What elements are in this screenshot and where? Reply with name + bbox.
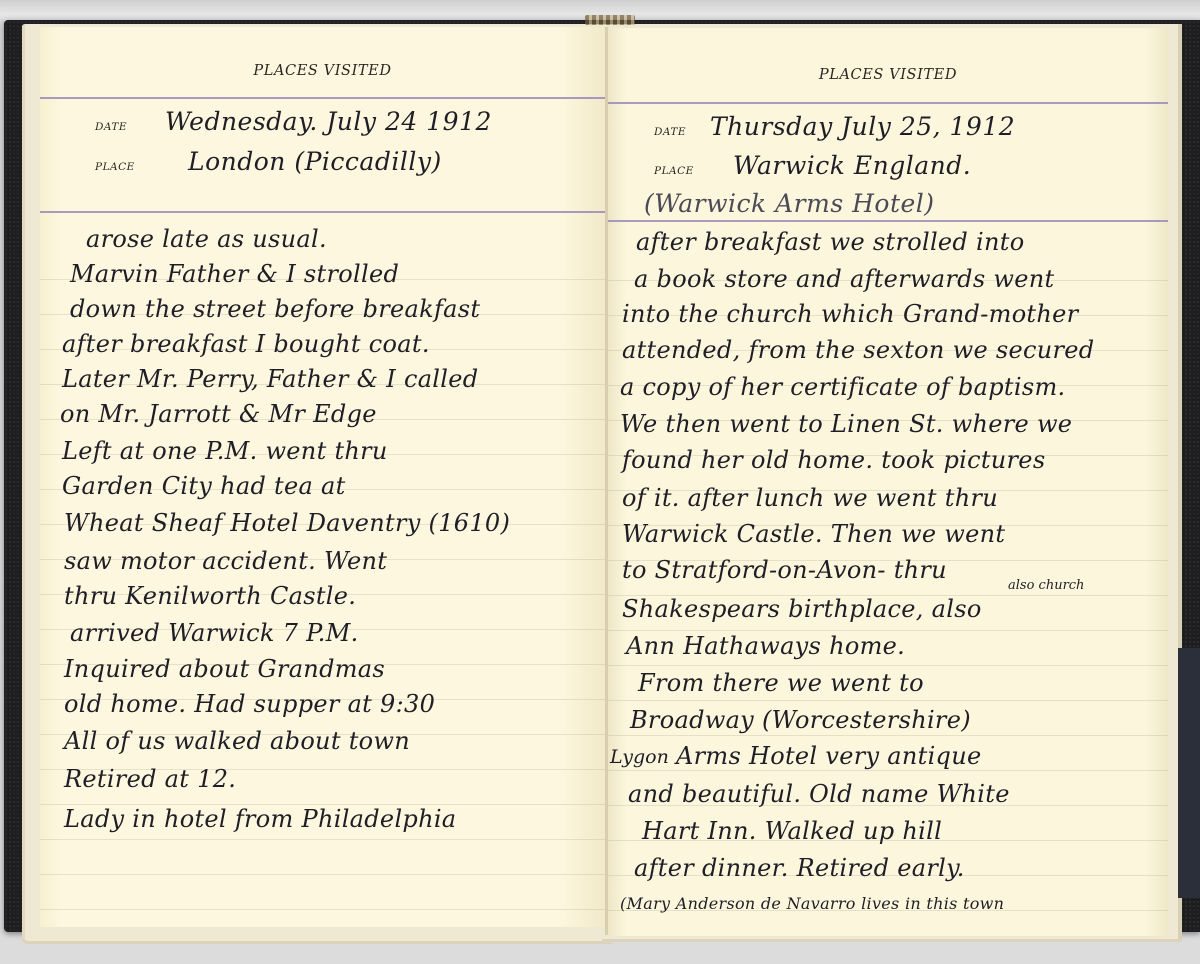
entry-line: a copy of her certificate of baptism. [620,373,1065,401]
place-value: London (Piccadilly) [188,147,442,176]
date-value: Thursday July 25, 1912 [710,112,1015,141]
entry-line: Marvin Father & I strolled [70,260,399,288]
place-subvalue: (Warwick Arms Hotel) [644,189,935,218]
place-label: PLACE [654,165,694,177]
entry-line: saw motor accident. Went [64,547,387,575]
page-heading: PLACES VISITED [608,67,1168,83]
entry-line: Inquired about Grandmas [64,655,385,683]
page-heading: PLACES VISITED [40,63,605,79]
left-page: PLACES VISITED DATE Wednesday. July 24 1… [40,27,605,927]
entry-line: Arms Hotel very antique [676,742,981,770]
entry-line: Ann Hathaways home. [626,632,905,660]
date-label: DATE [95,121,127,133]
entry-line: into the church which Grand-mother [622,300,1078,328]
entry-line: Garden City had tea at [62,472,346,500]
header-top-rule [608,102,1168,104]
entry-line: Broadway (Worcestershire) [630,706,971,734]
entry-line: down the street before breakfast [70,295,480,323]
header-bottom-rule [608,220,1168,222]
cover-closure-tab [1178,648,1200,898]
date-label: DATE [654,126,686,138]
entry-line: Shakespears birthplace, also [622,595,982,623]
entry-line: arrived Warwick 7 P.M. [70,619,359,647]
entry-line: From there we went to [638,669,924,697]
entry-line: arose late as usual. [86,225,327,253]
entry-line: attended, from the sexton we secured [622,336,1094,364]
entry-line: thru Kenilworth Castle. [64,582,356,610]
place-value: Warwick England. [733,151,971,180]
inserted-annotation: also church [1008,578,1084,593]
entry-line: on Mr. Jarrott & Mr Edge [60,400,377,428]
entry-line: Left at one P.M. went thru [62,437,388,465]
entry-line: Later Mr. Perry, Father & I called [62,365,478,393]
entry-line: All of us walked about town [64,727,410,755]
binding-stitching [585,15,635,25]
entry-line: and beautiful. Old name White [628,780,1010,808]
entry-line: of it. after lunch we went thru [622,484,998,512]
entry-line: We then went to Linen St. where we [620,410,1072,438]
date-value: Wednesday. July 24 1912 [165,107,492,136]
header-top-rule [40,97,605,99]
right-page: PLACES VISITED DATE Thursday July 25, 19… [608,28,1168,936]
entry-line: Wheat Sheaf Hotel Daventry (1610) [64,509,510,537]
entry-line: found her old home. took pictures [622,446,1045,474]
entry-line: after breakfast I bought coat. [62,330,430,358]
entry-line: (Mary Anderson de Navarro lives in this … [620,894,1004,913]
entry-line: Retired at 12. [64,765,236,793]
place-label: PLACE [95,161,135,173]
entry-line: Lady in hotel from Philadelphia [64,805,456,833]
entry-line: old home. Had supper at 9:30 [64,690,435,718]
entry-line: a book store and afterwards went [634,265,1054,293]
entry-line: Warwick Castle. Then we went [622,520,1005,548]
entry-line: to Stratford-on-Avon- thru [622,556,947,584]
entry-line: after breakfast we strolled into [636,228,1024,256]
header-bottom-rule [40,211,605,213]
entry-line: Hart Inn. Walked up hill [642,817,942,845]
margin-note: Lygon [610,746,669,768]
entry-line: after dinner. Retired early. [634,854,965,882]
